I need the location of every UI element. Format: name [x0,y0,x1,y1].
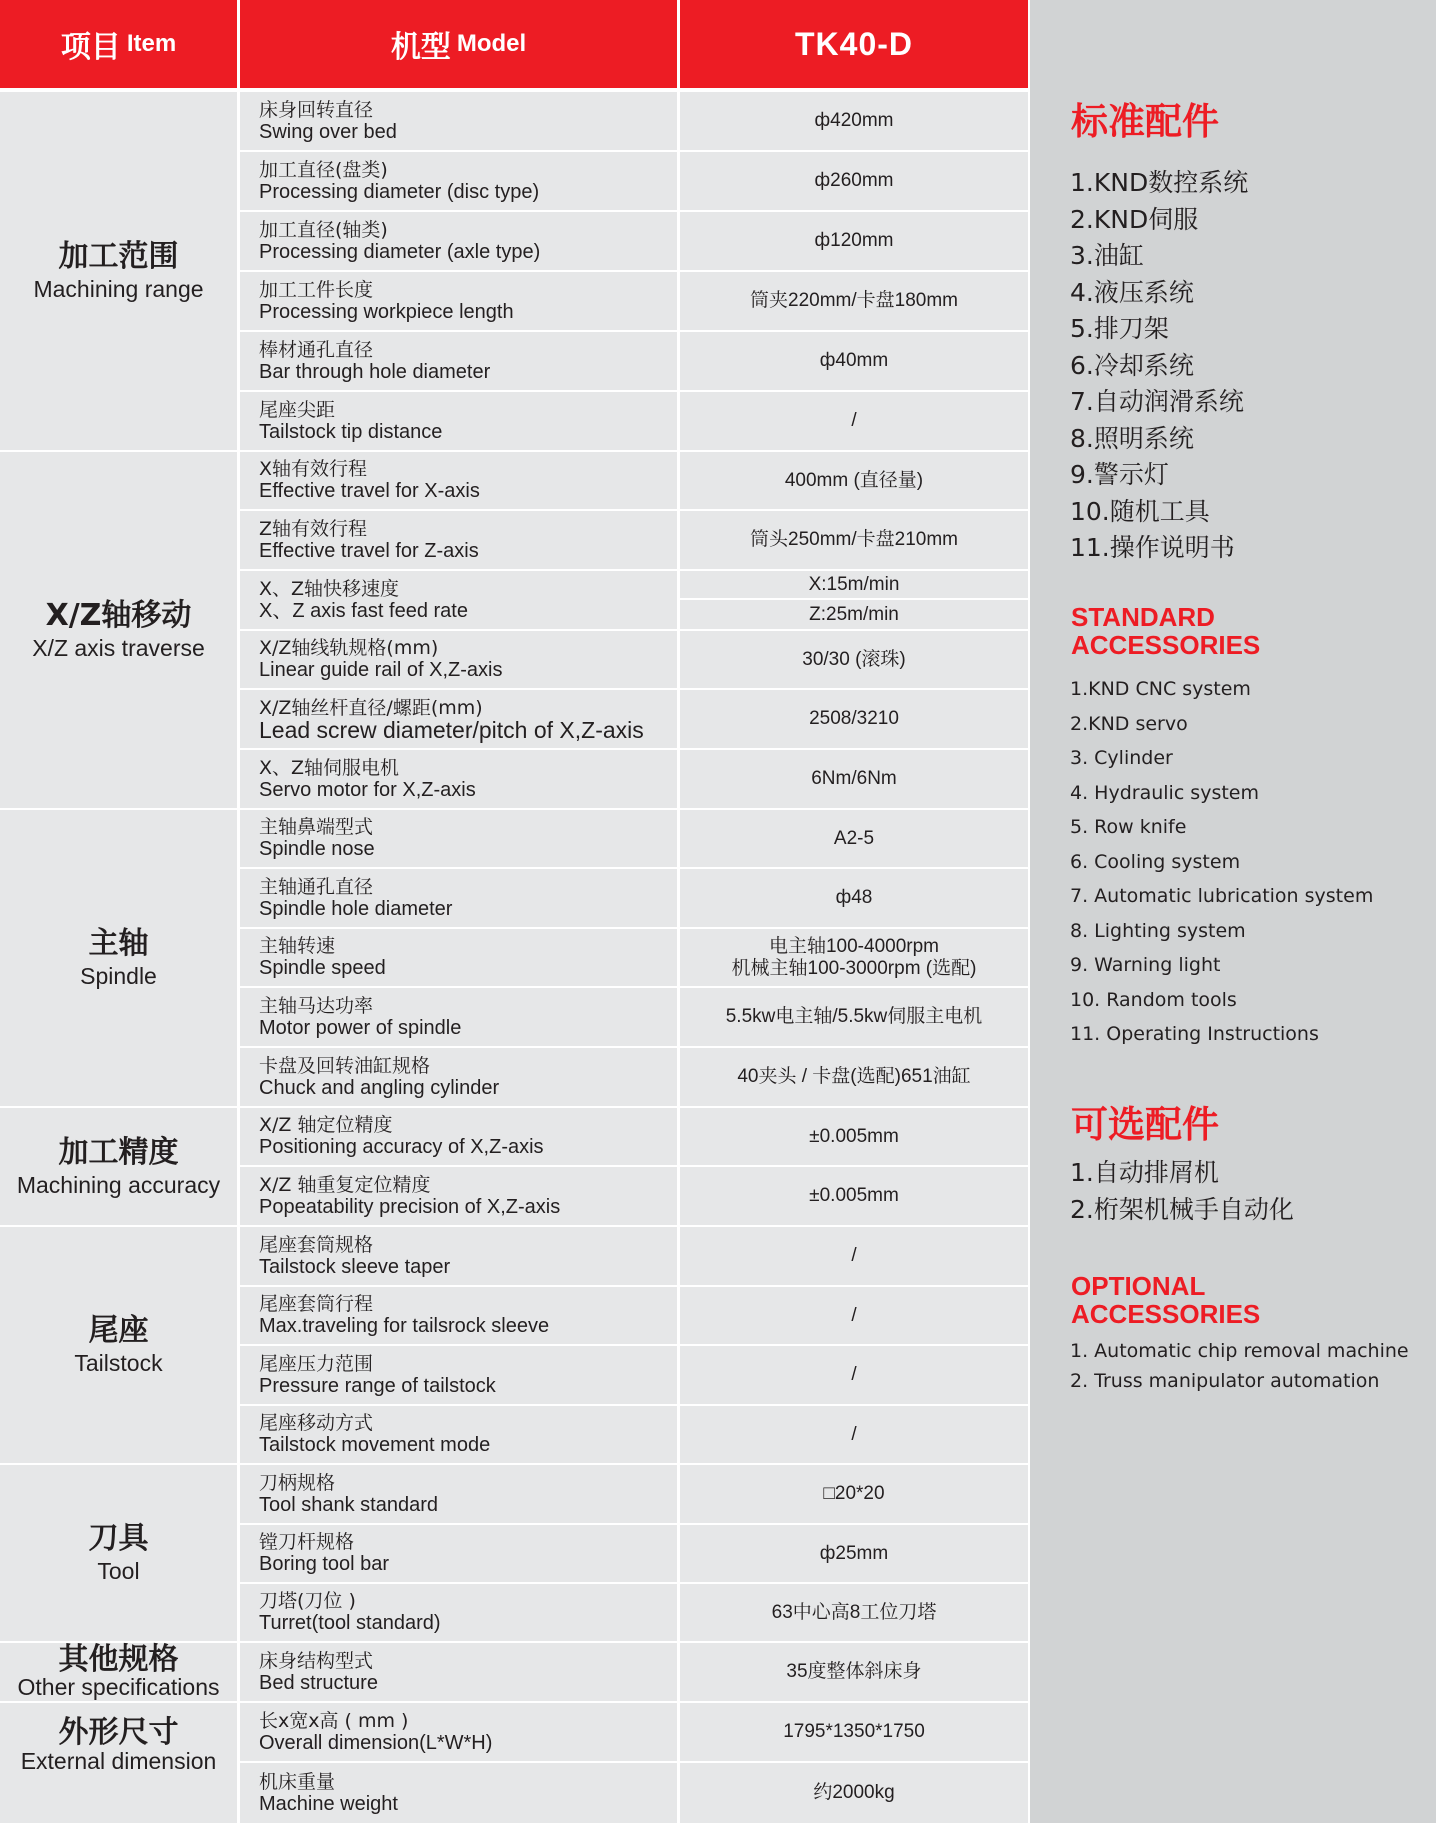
section-title-zh: X/Z轴移动 [46,598,192,634]
spec-value: ф120mm [680,212,1028,270]
list-item: 7. Automatic lubrication system [1070,879,1373,914]
label-zh: 长x宽x高 ( mm ) [259,1710,677,1732]
spec-value: 63中心高8工位刀塔 [680,1584,1028,1641]
spec-label: X/Z 轴定位精度Positioning accuracy of X,Z-axi… [240,1108,677,1165]
spec-value: 40夹头 / 卡盘(选配)651油缸 [680,1048,1028,1106]
spec-value-x: X:15m/min [680,571,1028,598]
spec-label: 尾座移动方式Tailstock movement mode [240,1406,677,1463]
spec-label: 尾座尖距Tailstock tip distance [240,392,677,450]
list-item: 6. Cooling system [1070,845,1373,880]
title-line: ACCESSORIES [1071,1300,1260,1328]
list-item: 8. Lighting system [1070,914,1373,949]
title-line: OPTIONAL [1071,1272,1260,1300]
spec-value: 约2000kg [680,1763,1028,1823]
standard-accessories-list-zh: 1.KND数控系统 2.KND伺服 3.油缸 4.液压系统 5.排刀架 6.冷却… [1070,165,1248,567]
label-zh: 主轴通孔直径 [259,876,677,898]
label-en: Tailstock tip distance [259,421,677,444]
spec-value: 1795*1350*1750 [680,1703,1028,1761]
label-en: Overall dimension(L*W*H) [259,1732,677,1755]
label-en: Bed structure [259,1672,677,1695]
spec-value: ф40mm [680,332,1028,390]
section-title-en: Machining range [33,275,203,303]
list-item: 11.操作说明书 [1070,530,1248,567]
list-item: 8.照明系统 [1070,421,1248,458]
spec-value: / [680,1227,1028,1285]
label-en: Tailstock movement mode [259,1434,677,1457]
spec-value: A2-5 [680,810,1028,867]
list-item: 11. Operating Instructions [1070,1017,1373,1052]
label-zh: 主轴鼻端型式 [259,816,677,838]
spec-label: 主轴马达功率Motor power of spindle [240,988,677,1046]
spec-label: 主轴转速Spindle speed [240,929,677,986]
optional-accessories-list-zh: 1.自动排屑机 2.桁架机械手自动化 [1070,1155,1294,1228]
label-en: Spindle hole diameter [259,898,677,921]
section-tailstock: 尾座 Tailstock [0,1227,237,1463]
list-item: 2. Truss manipulator automation [1070,1366,1409,1396]
label-en: Machine weight [259,1793,677,1816]
section-title-zh: 刀具 [89,1521,149,1557]
label-en: Positioning accuracy of X,Z-axis [259,1136,677,1159]
list-item: 9. Warning light [1070,948,1373,983]
header-model-en: Model [457,30,526,58]
label-zh: 床身结构型式 [259,1650,677,1672]
label-en: Effective travel for Z-axis [259,540,677,563]
standard-accessories-title-zh: 标准配件 [1071,100,1219,144]
spec-label: 加工工件长度Processing workpiece length [240,272,677,330]
section-title-en: External dimension [21,1749,217,1773]
label-en: Spindle speed [259,957,677,980]
label-zh: 刀柄规格 [259,1472,677,1494]
label-en: Processing workpiece length [259,301,677,324]
optional-accessories-title-en: OPTIONAL ACCESSORIES [1071,1272,1260,1328]
label-en: Pressure range of tailstock [259,1375,677,1398]
label-zh: 加工直径(盘类) [259,159,677,181]
spec-label: 尾座套筒行程Max.traveling for tailsrock sleeve [240,1287,677,1344]
spec-label: X、Z轴伺服电机Servo motor for X,Z-axis [240,750,677,808]
label-en: Effective travel for X-axis [259,480,677,503]
label-zh: 尾座压力范围 [259,1353,677,1375]
spec-label: X、Z轴快移速度X、Z axis fast feed rate [240,571,677,629]
spec-label: 机床重量Machine weight [240,1763,677,1823]
spec-value: ±0.005mm [680,1108,1028,1165]
list-item: 2.桁架机械手自动化 [1070,1192,1294,1229]
standard-accessories-list-en: 1.KND CNC system 2.KND servo 3. Cylinder… [1070,672,1373,1052]
label-en: Processing diameter (disc type) [259,181,677,204]
spec-label: 加工直径(轴类)Processing diameter (axle type) [240,212,677,270]
list-item: 10.随机工具 [1070,494,1248,531]
title-line: ACCESSORIES [1071,631,1260,659]
label-zh: 尾座套筒行程 [259,1293,677,1315]
label-en: Bar through hole diameter [259,361,677,384]
header-item-en: Item [127,30,176,58]
section-title-en: Machining accuracy [17,1171,220,1199]
list-item: 9.警示灯 [1070,457,1248,494]
spec-label: 长x宽x高 ( mm )Overall dimension(L*W*H) [240,1703,677,1761]
label-zh: 机床重量 [259,1771,677,1793]
label-en: Popeatability precision of X,Z-axis [259,1196,677,1219]
list-item: 7.自动润滑系统 [1070,384,1248,421]
section-title-en: Spindle [80,962,157,990]
label-en: Processing diameter (axle type) [259,241,677,264]
spec-value: 筒头250mm/卡盘210mm [680,511,1028,569]
list-item: 5.排刀架 [1070,311,1248,348]
list-item: 1.KND CNC system [1070,672,1373,707]
spec-value: 400mm (直径量) [680,452,1028,509]
spec-value: 2508/3210 [680,690,1028,748]
label-en: Tailstock sleeve taper [259,1256,677,1279]
label-zh: 棒材通孔直径 [259,339,677,361]
label-en: Boring tool bar [259,1553,677,1576]
optional-accessories-list-en: 1. Automatic chip removal machine 2. Tru… [1070,1336,1409,1396]
label-en: Lead screw diameter/pitch of X,Z-axis [259,719,677,742]
header-item-zh: 项目 [61,22,121,66]
label-en: Tool shank standard [259,1494,677,1517]
list-item: 4.液压系统 [1070,275,1248,312]
label-zh: X/Z 轴重复定位精度 [259,1174,677,1196]
spec-label: 棒材通孔直径Bar through hole diameter [240,332,677,390]
label-zh: X、Z轴伺服电机 [259,757,677,779]
label-zh: X/Z轴丝杆直径/螺距(mm) [259,697,677,719]
spec-value: ф260mm [680,152,1028,210]
list-item: 10. Random tools [1070,983,1373,1018]
label-en: Max.traveling for tailsrock sleeve [259,1315,677,1338]
label-en: Linear guide rail of X,Z-axis [259,659,677,682]
label-zh: Z轴有效行程 [259,518,677,540]
spec-label: 刀塔(刀位 )Turret(tool standard) [240,1584,677,1641]
section-xz-axis-traverse: X/Z轴移动 X/Z axis traverse [0,452,237,808]
spec-label: 床身结构型式Bed structure [240,1643,677,1701]
header-item: 项目 Item [0,0,237,88]
spec-value: 30/30 (滚珠) [680,631,1028,688]
label-zh: 镗刀杆规格 [259,1531,677,1553]
spec-label: X/Z轴丝杆直径/螺距(mm)Lead screw diameter/pitch… [240,690,677,748]
spec-value: ф420mm [680,92,1028,150]
list-item: 5. Row knife [1070,810,1373,845]
spec-value: 35度整体斜床身 [680,1643,1028,1701]
spec-label: X/Z轴线轨规格(mm)Linear guide rail of X,Z-axi… [240,631,677,688]
label-zh: 尾座套筒规格 [259,1234,677,1256]
label-zh: X/Z轴线轨规格(mm) [259,637,677,659]
optional-accessories-title-zh: 可选配件 [1071,1103,1219,1147]
label-zh: X轴有效行程 [259,458,677,480]
spec-label: 刀柄规格Tool shank standard [240,1465,677,1523]
list-item: 2.KND伺服 [1070,202,1248,239]
spec-value: ф48 [680,869,1028,927]
spec-label: 尾座套筒规格Tailstock sleeve taper [240,1227,677,1285]
section-external-dimension: 外形尺寸 External dimension [0,1703,237,1823]
spec-label: 加工直径(盘类)Processing diameter (disc type) [240,152,677,210]
label-en: Chuck and angling cylinder [259,1077,677,1100]
label-zh: 主轴马达功率 [259,995,677,1017]
label-zh: 刀塔(刀位 ) [259,1590,677,1612]
list-item: 1. Automatic chip removal machine [1070,1336,1409,1366]
label-zh: 尾座尖距 [259,399,677,421]
section-spindle: 主轴 Spindle [0,810,237,1106]
spec-label: X/Z 轴重复定位精度Popeatability precision of X,… [240,1167,677,1225]
section-title-zh: 加工精度 [59,1135,179,1171]
list-item: 1.KND数控系统 [1070,165,1248,202]
label-zh: 尾座移动方式 [259,1412,677,1434]
spec-value: □20*20 [680,1465,1028,1523]
label-en: Spindle nose [259,838,677,861]
spec-value: 6Nm/6Nm [680,750,1028,808]
section-tool: 刀具 Tool [0,1465,237,1641]
spec-label: 卡盘及回转油缸规格Chuck and angling cylinder [240,1048,677,1106]
label-zh: X/Z 轴定位精度 [259,1114,677,1136]
list-item: 2.KND servo [1070,707,1373,742]
spec-table: 项目 Item 机型 Model TK40-D 加工范围 Machining r… [0,0,1028,1823]
section-title-en: Other specifications [18,1675,220,1699]
accessories-panel: 标准配件 1.KND数控系统 2.KND伺服 3.油缸 4.液压系统 5.排刀架… [1030,0,1436,1823]
spec-label: 床身回转直径Swing over bed [240,92,677,150]
section-title-en: Tool [97,1557,139,1585]
spec-value: ф25mm [680,1525,1028,1582]
section-title-zh: 尾座 [89,1313,149,1349]
section-machining-range: 加工范围 Machining range [0,92,237,450]
label-zh: 加工工件长度 [259,279,677,301]
section-title-zh: 其他规格 [59,1645,179,1675]
model-name: TK40-D [795,26,913,63]
title-line: STANDARD [1071,603,1260,631]
label-en: Turret(tool standard) [259,1612,677,1635]
label-zh: X、Z轴快移速度 [259,578,677,600]
spec-label: Z轴有效行程Effective travel for Z-axis [240,511,677,569]
label-en: Swing over bed [259,121,677,144]
section-title-zh: 外形尺寸 [59,1717,179,1749]
spec-label: 镗刀杆规格Boring tool bar [240,1525,677,1582]
section-title-zh: 主轴 [89,926,149,962]
spec-value-line1: 电主轴100-4000rpm [769,936,939,958]
list-item: 1.自动排屑机 [1070,1155,1294,1192]
list-item: 6.冷却系统 [1070,348,1248,385]
header-model: 机型 Model [240,0,677,88]
label-en: X、Z axis fast feed rate [259,600,677,623]
header-model-name: TK40-D [680,0,1028,88]
section-title-en: X/Z axis traverse [32,634,205,662]
spec-value: ±0.005mm [680,1167,1028,1225]
section-machining-accuracy: 加工精度 Machining accuracy [0,1108,237,1225]
spec-value: / [680,1346,1028,1404]
section-other-specifications: 其他规格 Other specifications [0,1643,237,1701]
label-en: Motor power of spindle [259,1017,677,1040]
section-title-en: Tailstock [74,1349,162,1377]
list-item: 3.油缸 [1070,238,1248,275]
spec-value: 电主轴100-4000rpm机械主轴100-3000rpm (选配) [680,929,1028,986]
spec-value: / [680,1406,1028,1463]
spec-label: 主轴鼻端型式Spindle nose [240,810,677,867]
spec-value-z: Z:25m/min [680,600,1028,629]
label-zh: 床身回转直径 [259,99,677,121]
list-item: 4. Hydraulic system [1070,776,1373,811]
label-zh: 主轴转速 [259,935,677,957]
spec-label: 尾座压力范围Pressure range of tailstock [240,1346,677,1404]
list-item: 3. Cylinder [1070,741,1373,776]
spec-value-line2: 机械主轴100-3000rpm (选配) [732,958,977,980]
label-zh: 卡盘及回转油缸规格 [259,1055,677,1077]
label-en: Servo motor for X,Z-axis [259,779,677,802]
header-model-zh: 机型 [391,22,451,66]
spec-value: / [680,392,1028,450]
spec-value: 5.5kw电主轴/5.5kw伺服主电机 [680,988,1028,1046]
spec-label: 主轴通孔直径Spindle hole diameter [240,869,677,927]
spec-label: X轴有效行程Effective travel for X-axis [240,452,677,509]
spec-value: / [680,1287,1028,1344]
spec-value: 筒夹220mm/卡盘180mm [680,272,1028,330]
label-zh: 加工直径(轴类) [259,219,677,241]
section-title-zh: 加工范围 [59,239,179,275]
standard-accessories-title-en: STANDARD ACCESSORIES [1071,603,1260,659]
